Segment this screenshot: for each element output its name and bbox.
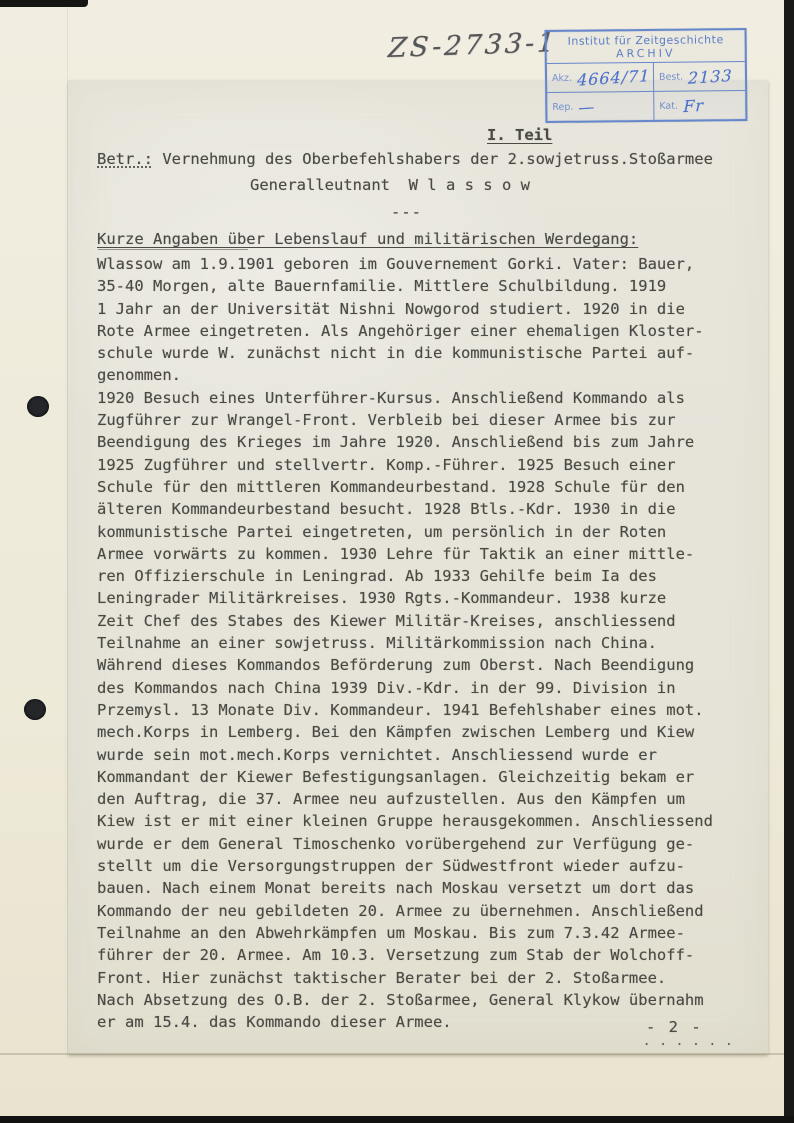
- subject-line: Betr.: Vernehmung des Oberbefehlshabers …: [97, 150, 713, 168]
- subject-text: Vernehmung des Oberbefehlshabers der 2.s…: [153, 150, 713, 168]
- subject-label: Betr.:: [97, 150, 153, 168]
- heading-underline-fragment: [98, 249, 248, 250]
- body-text: Wlassow am 1.9.1901 geboren im Gouvernem…: [97, 253, 713, 1033]
- page-number-dots: . . . . . .: [643, 1034, 733, 1048]
- stamp-field-best-label: Best.: [659, 72, 683, 83]
- stamp-field-kat-value: Fr: [683, 96, 704, 116]
- handwritten-archive-reference: ZS-2733-1: [387, 27, 558, 64]
- stamp-field-kat-label: Kat.: [659, 101, 678, 112]
- document-scan: ZS-2733-1 Institut für Zeitgeschichte AR…: [0, 0, 794, 1123]
- paper-crease-horizontal: [0, 1053, 784, 1055]
- stamp-field-akz-label: Akz.: [552, 73, 572, 84]
- section-heading: Kurze Angaben über Lebenslauf und militä…: [97, 230, 638, 248]
- paper-crease-vertical: [66, 0, 68, 1054]
- stamp-fields: Akz. 4664/71 Best. 2133 Rep. — Kat. Fr: [547, 62, 746, 121]
- part-title: I. Teil: [487, 126, 552, 144]
- archive-stamp: Institut für Zeitgeschichte ARCHIV Akz. …: [545, 28, 748, 123]
- stamp-field-kat: Kat. Fr: [653, 90, 745, 120]
- scan-edge-bottom: [0, 1116, 794, 1123]
- punch-hole-bottom: [24, 699, 46, 720]
- scan-edge-right: [784, 0, 794, 1123]
- scan-edge-top-left: [0, 0, 88, 7]
- stamp-institution-name: Institut für Zeitgeschichte: [549, 33, 743, 48]
- stamp-field-rep: Rep. —: [547, 91, 653, 121]
- stamp-field-akz: Akz. 4664/71: [547, 63, 653, 92]
- separator-dashes: ---: [391, 203, 422, 221]
- stamp-field-akz-value: 4664/71: [577, 66, 651, 90]
- stamp-header: Institut für Zeitgeschichte ARCHIV: [547, 30, 745, 64]
- stamp-archive-label: ARCHIV: [549, 46, 743, 61]
- stamp-field-rep-label: Rep.: [552, 102, 573, 113]
- punch-hole-top: [27, 396, 49, 417]
- stamp-field-best: Best. 2133: [653, 62, 745, 91]
- stamp-field-best-value: 2133: [688, 66, 733, 88]
- subject-name-line: Generalleutnant W l a s s o w: [250, 176, 530, 194]
- stamp-field-rep-value: —: [578, 97, 595, 117]
